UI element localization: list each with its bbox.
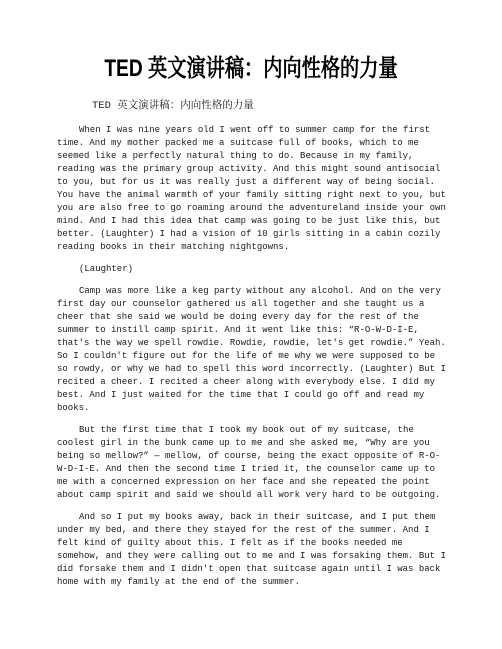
paragraph: (Laughter) <box>57 263 446 276</box>
paragraph: Camp was more like a keg party without a… <box>57 285 446 415</box>
document-title: TED 英文演讲稿：内向性格的力量 <box>50 54 452 84</box>
paragraph: And so I put my books away, back in thei… <box>57 511 446 589</box>
document-body: When I was nine years old I went off to … <box>57 124 446 589</box>
paragraph: But the first time that I took my book o… <box>57 424 446 502</box>
document-page: TED 英文演讲稿：内向性格的力量 TED 英文演讲稿：内向性格的力量 When… <box>0 0 502 649</box>
document-subtitle: TED 英文演讲稿：内向性格的力量 <box>92 99 502 113</box>
paragraph: When I was nine years old I went off to … <box>57 124 446 254</box>
